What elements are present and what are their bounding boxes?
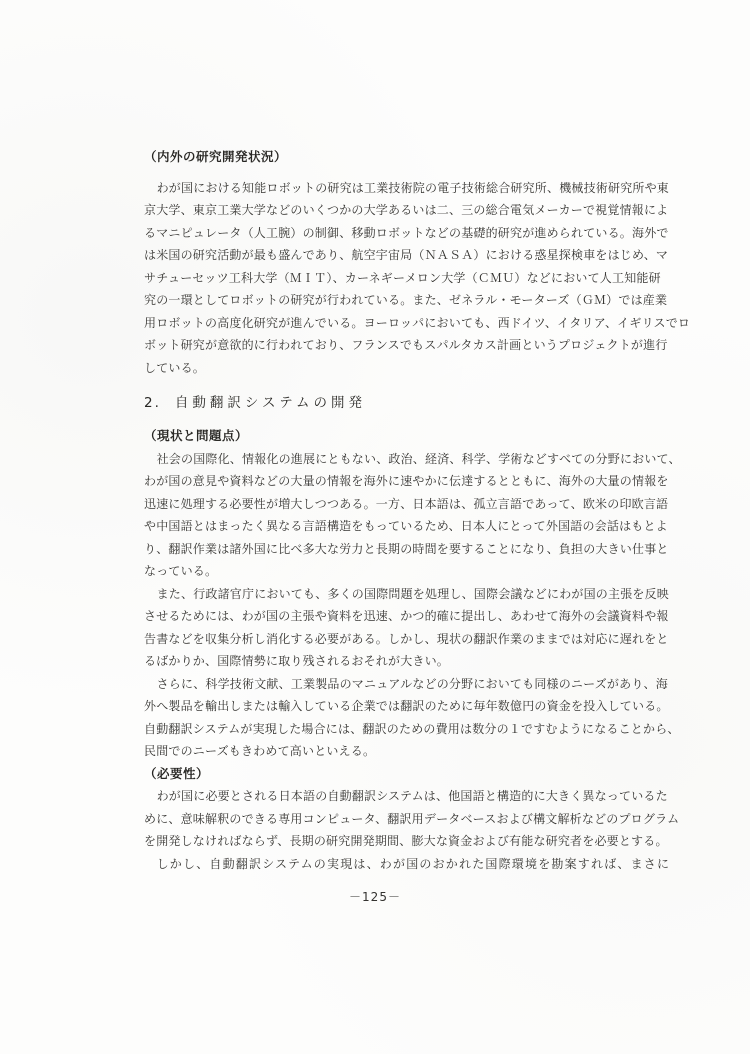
industry-paragraph: さらに、科学技術文献、工業製品のマニュアルなどの分野においても同様のニーズがあり… (144, 673, 650, 763)
text-line: 民間でのニーズもきわめて高いといえる。 (144, 740, 650, 763)
text-line: わが国における知能ロボットの研究は工業技術院の電子技術総合研究所、機械技術研究所… (144, 177, 650, 200)
text-line: しかし、自動翻訳システムの実現は、わが国のおかれた国際環境を勘案すれば、まさに (144, 853, 650, 876)
text-line: させるためには、わが国の主張や資料を迅速、かつ的確に提出し、あわせて海外の会議資… (144, 605, 650, 628)
research-status-subheading: （内外の研究開発状況） (144, 146, 650, 169)
status-problems-subheading: （現状と問題点） (144, 425, 650, 448)
text-line: 用ロボットの高度化研究が進んでいる。ヨーロッパにおいても、西ドイツ、イタリア、イ… (144, 312, 650, 335)
text-line: ボット研究が意欲的に行われており、フランスでもスパルタカス計画というプロジェクト… (144, 334, 650, 357)
text-line: 究の一環としてロボットの研究が行われている。また、ゼネラル・モーターズ（ＧＭ）で… (144, 289, 650, 312)
scanned-report-page: （内外の研究開発状況） わが国における知能ロボットの研究は工業技術院の電子技術総… (0, 0, 750, 1054)
text-line: 外へ製品を輸出しまたは輸入している企業では翻訳のために毎年数億円の資金を投入して… (144, 695, 650, 718)
page-number-footer: －125－ (0, 888, 750, 905)
section-title: 自動翻訳システムの開発 (175, 395, 366, 411)
text-line: 告書などを収集分析し消化する必要がある。しかし、現状の翻訳作業のままでは対応に遅… (144, 628, 650, 651)
text-line: や中国語とはまったく異なる言語構造をもっているため、日本人にとって外国語の会話は… (144, 515, 650, 538)
section-number: 2. (144, 393, 161, 413)
text-line: るマニピュレータ（人工腕）の制御、移動ロボットなどの基礎的研究が進められている。… (144, 222, 650, 245)
admin-paragraph: また、行政諸官庁においても、多くの国際問題を処理し、国際会議などにわが国の主張を… (144, 583, 650, 673)
status-paragraph: 社会の国際化、情報化の進展にともない、政治、経済、科学、学術などすべての分野にお… (144, 448, 650, 583)
text-line: 社会の国際化、情報化の進展にともない、政治、経済、科学、学術などすべての分野にお… (144, 448, 650, 471)
text-line: り、翻訳作業は諸外国に比べ多大な労力と長期の時間を要することになり、負担の大きい… (144, 538, 650, 561)
section-heading: 2.自動翻訳システムの開発 (144, 393, 650, 413)
text-line: 自動翻訳システムが実現した場合には、翻訳のための費用は数分の１ですむようになるこ… (144, 718, 650, 741)
text-line: なっている。 (144, 560, 650, 583)
necessity-paragraph: わが国に必要とされる日本語の自動翻訳システムは、他国語と構造的に大きく異なってい… (144, 785, 650, 853)
however-paragraph: しかし、自動翻訳システムの実現は、わが国のおかれた国際環境を勘案すれば、まさに (144, 853, 650, 876)
text-line: わが国の意見や資料などの大量の情報を海外に速やかに伝達するとともに、海外の大量の… (144, 470, 650, 493)
text-line: わが国に必要とされる日本語の自動翻訳システムは、他国語と構造的に大きく異なってい… (144, 785, 650, 808)
text-line: は米国の研究活動が最も盛んであり、航空宇宙局（ＮＡＳＡ）における惑星探検車をはじ… (144, 244, 650, 267)
necessity-subheading: （必要性） (144, 763, 650, 786)
text-line: を開発しなければならず、長期の研究開発期間、膨大な資金および有能な研究者を必要と… (144, 830, 650, 853)
text-line: 迅速に処理する必要性が増大しつつある。一方、日本語は、孤立言語であって、欧米の印… (144, 493, 650, 516)
text-line: また、行政諸官庁においても、多くの国際問題を処理し、国際会議などにわが国の主張を… (144, 583, 650, 606)
text-line: めに、意味解釈のできる専用コンピュータ、翻訳用データベースおよび構文解析などのプ… (144, 808, 650, 831)
text-line: るばかりか、国際情勢に取り残されるおそれが大きい。 (144, 650, 650, 673)
text-line: さらに、科学技術文献、工業製品のマニュアルなどの分野においても同様のニーズがあり… (144, 673, 650, 696)
page-content: （内外の研究開発状況） わが国における知能ロボットの研究は工業技術院の電子技術総… (0, 0, 750, 875)
text-line: している。 (144, 357, 650, 380)
text-line: サチューセッツ工科大学（ＭＩＴ）、カーネギーメロン大学（ＣＭＵ）などにおいて人工… (144, 267, 650, 290)
text-line: 京大学、東京工業大学などのいくつかの大学あるいは二、三の総合電気メーカーで視覚情… (144, 199, 650, 222)
research-paragraph: わが国における知能ロボットの研究は工業技術院の電子技術総合研究所、機械技術研究所… (144, 177, 650, 380)
